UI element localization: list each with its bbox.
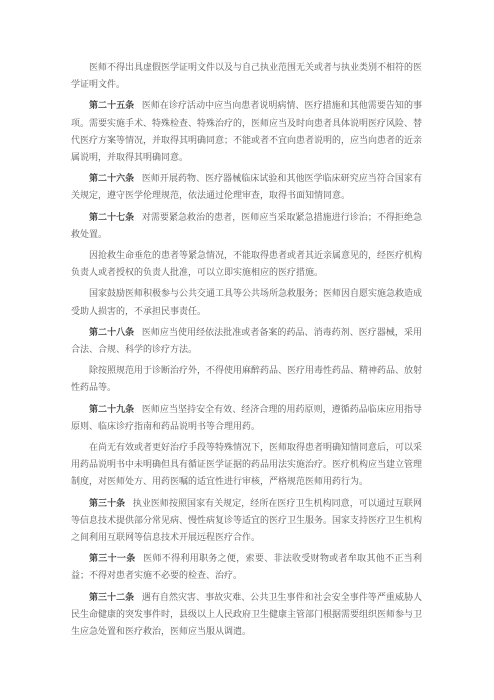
law-paragraph: 因抢救生命垂危的患者等紧急情况，不能取得患者或者其近亲属意见的，经医疗机构负责人…: [71, 247, 422, 281]
document-body: 医师不得出具虚假医学证明文件以及与自己执业范围无关或者与执业类别不相符的医学证明…: [71, 59, 422, 640]
law-paragraph: 除按照规范用于诊断治疗外，不得使用麻醉药品、医疗用毒性药品、精神药品、放射性药品…: [71, 362, 422, 396]
law-paragraph: 第二十八条医师应当使用经依法批准或者备案的药品、消毒药剂、医疗器械，采用合法、合…: [71, 324, 422, 358]
article-number-label: 第二十七条: [89, 212, 134, 222]
paragraph-text: 国家鼓励医师积极参与公共交通工具等公共场所急救服务；医师因自愿实施急救造成受助人…: [71, 288, 422, 315]
law-paragraph: 第二十九条医师应当坚持安全有效、经济合理的用药原则，遵循药品临床应用指导原则、临…: [71, 401, 422, 435]
article-number-label: 第三十二条: [89, 592, 134, 602]
law-paragraph: 医师不得出具虚假医学证明文件以及与自己执业范围无关或者与执业类别不相符的医学证明…: [71, 59, 422, 93]
article-number-label: 第三十一条: [89, 553, 136, 563]
article-number-label: 第三十条: [89, 498, 125, 508]
law-paragraph: 第三十条执业医师按照国家有关规定，经所在医疗卫生机构同意，可以通过互联网等信息技…: [71, 495, 422, 547]
article-number-label: 第二十九条: [89, 404, 134, 414]
article-number-label: 第二十六条: [89, 173, 134, 183]
law-paragraph: 在尚无有效或者更好治疗手段等特殊情况下，医师取得患者明确知情同意后，可以采用药品…: [71, 439, 422, 491]
law-paragraph: 第二十六条医师开展药物、医疗器械临床试验和其他医学临床研究应当符合国家有关规定，…: [71, 170, 422, 204]
document-page: 医师不得出具虚假医学证明文件以及与自己执业范围无关或者与执业类别不相符的医学证明…: [0, 0, 494, 700]
law-paragraph: 国家鼓励医师积极参与公共交通工具等公共场所急救服务；医师因自愿实施急救造成受助人…: [71, 285, 422, 319]
article-number-label: 第二十八条: [89, 327, 134, 337]
paragraph-text: 在尚无有效或者更好治疗手段等特殊情况下，医师取得患者明确知情同意后，可以采用药品…: [71, 442, 422, 486]
law-paragraph: 第二十五条医师在诊疗活动中应当向患者说明病情、医疗措施和其他需要告知的事项。需要…: [71, 97, 422, 166]
paragraph-text: 因抢救生命垂危的患者等紧急情况，不能取得患者或者其近亲属意见的，经医疗机构负责人…: [71, 250, 422, 277]
article-number-label: 第二十五条: [89, 100, 134, 110]
law-paragraph: 第二十七条对需要紧急救治的患者，医师应当采取紧急措施进行诊治；不得拒绝急救处置。: [71, 209, 422, 243]
paragraph-text: 医师不得出具虚假医学证明文件以及与自己执业范围无关或者与执业类别不相符的医学证明…: [71, 62, 422, 89]
law-paragraph: 第三十二条遇有自然灾害、事故灾难、公共卫生事件和社会安全事件等严重威胁人民生命健…: [71, 589, 422, 641]
law-paragraph: 第三十一条医师不得利用职务之便，索要、非法收受财物或者牟取其他不正当利益；不得对…: [71, 550, 422, 584]
paragraph-text: 除按照规范用于诊断治疗外，不得使用麻醉药品、医疗用毒性药品、精神药品、放射性药品…: [71, 365, 422, 392]
